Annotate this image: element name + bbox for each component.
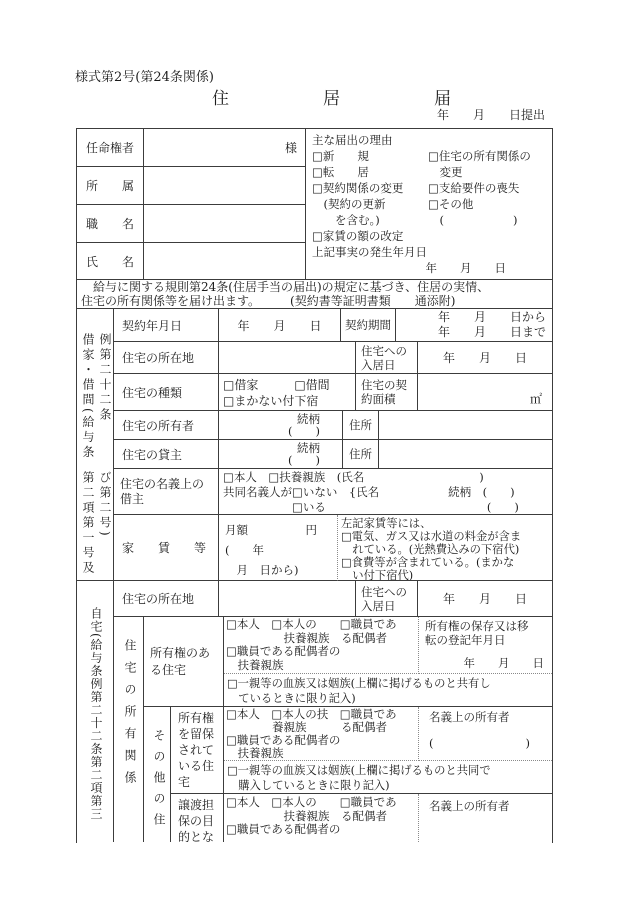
reason-option-new[interactable]: □新 規 — [312, 148, 369, 165]
rent-notes: 左記家賃等には、 □電気、ガス又は水道の料金が含ま れている。(光熱費込みの下宿… — [338, 515, 552, 581]
fact-date-label: 上記事実の発生年月日 — [312, 244, 427, 261]
declaration-line1: 給与に関する規則第24条(住居手当の届出)の規定に基づき、住居の実情、 — [81, 280, 489, 294]
nominal-option-line2[interactable]: 共同名義人が□いない {氏名 続柄 ( ) — [223, 485, 515, 500]
reason-contract-note-2: を含む。) — [312, 212, 380, 229]
rental-location-label: 住宅の所在地 — [114, 342, 219, 374]
rental-move-in-label: 住宅への入居日 — [356, 342, 418, 374]
retained-sub-line1[interactable]: □一親等の血族又は姻族(上欄に掲げるものと共同で — [227, 763, 491, 778]
affiliation-field[interactable] — [144, 167, 306, 205]
rental-section-label: 借家・借間(給与条例第二十二条 第二項第一号及び第二号) — [77, 309, 114, 581]
contract-date-field[interactable]: 年 月 日 — [219, 309, 341, 342]
lessor-address-label: 住所 — [343, 440, 379, 469]
lessor-field[interactable]: 続柄 ( ) — [219, 440, 343, 469]
owned-sub-line2: ているときに限り記入) — [227, 691, 356, 706]
registration-label-line2: 転の登記年月日 — [425, 633, 506, 647]
housing-type-options[interactable]: □借家 □借間 □まかない付下宿 — [219, 374, 356, 411]
retained-nominal-owner-label: 名義上の所有者 — [429, 710, 510, 724]
retained-house-label: 所有権を留保されている住宅 — [171, 707, 224, 794]
retained-nominal-owner-cell: 名義上の所有者 ( ) — [419, 707, 552, 761]
ownership-relation-text: 住宅の所有関係 — [122, 639, 139, 793]
owned-house-options[interactable]: □本人 □本人の □職員であ 扶養親族 る配偶者 □職員である配偶者の 扶養親族 — [224, 617, 419, 674]
own-move-in-label: 住宅への入居日 — [356, 581, 418, 617]
sama-suffix: 様 — [285, 139, 297, 156]
declaration-row: 給与に関する規則第24条(住居手当の届出)の規定に基づき、住居の実情、 住宅の所… — [76, 279, 553, 309]
period-to: 年 月 日まで — [438, 325, 546, 340]
ownership-relation-label: 住宅の所有関係 — [114, 617, 144, 842]
other-housing-label: その他の住 — [144, 707, 171, 842]
rent-from-day: 月 日から) — [225, 560, 299, 580]
owned-relatives-note[interactable]: □一親等の血族又は姻族(上欄に掲げるものと共有し ているときに限り記入) — [224, 674, 552, 707]
owner-address-label: 住所 — [343, 411, 379, 440]
owned-cb-line3[interactable]: □職員である配偶者の — [226, 645, 340, 659]
reason-option-rent-revision[interactable]: □家賃の額の改定 — [312, 228, 403, 245]
nominal-lessee-options[interactable]: □本人 □扶養親族 (氏名 ) 共同名義人が□いない {氏名 続柄 ( ) □い… — [219, 469, 552, 515]
reason-option-loss[interactable]: □支給要件の喪失 — [428, 180, 519, 197]
rental-section-line2: 第二項第一号及び第二号) — [79, 471, 113, 580]
collateral-nominal-owner-cell: 名義上の所有者 — [419, 794, 552, 842]
reason-contract-note-1: (契約の更新 — [312, 196, 386, 213]
nominal-option-line3[interactable]: □いる ( ) — [223, 500, 519, 515]
own-move-in-field[interactable]: 年 月 日 — [418, 581, 552, 617]
submit-date: 年 月 日提出 — [437, 106, 545, 123]
contract-period-field[interactable]: 年 月 日から 年 月 日まで — [396, 309, 552, 342]
other-housing-text: その他の住 — [151, 729, 168, 834]
own-location-field[interactable] — [219, 581, 356, 617]
rent-label: 家 賃 等 — [114, 515, 219, 581]
rental-location-field[interactable] — [219, 342, 356, 374]
collateral-cb-line3[interactable]: □職員である配偶者の — [226, 823, 340, 837]
declaration-line2: 住宅の所有関係等を届け出ます。 (契約書等証明書類 通添附) — [81, 294, 455, 308]
name-label: 氏 名 — [77, 243, 144, 279]
contract-period-label: 契約期間 — [341, 309, 396, 342]
owned-house-label: 所有権のある住宅 — [144, 617, 224, 707]
reason-block: 主な届出の理由 □新 規 □転 居 □契約関係の変更 (契約の更新 を含む。) … — [306, 129, 552, 279]
rent-note-3[interactable]: □食費等が含まれている。(まかな — [341, 556, 514, 569]
declaration-text: 給与に関する規則第24条(住居手当の届出)の規定に基づき、住居の実情、 住宅の所… — [77, 280, 552, 308]
lessor-label: 住宅の貸主 — [114, 440, 219, 469]
rent-note-2: れている。(光熱費込みの下宿代) — [341, 543, 519, 556]
owned-sub-line1[interactable]: □一親等の血族又は姻族(上欄に掲げるものと共有し — [227, 676, 491, 691]
position-label: 職 名 — [77, 205, 144, 243]
reason-option-other[interactable]: □その他 — [428, 196, 473, 213]
lessor-relation-paren: ( ) — [288, 454, 320, 467]
fact-date-value: 年 月 日 — [306, 260, 506, 277]
retained-cb-line4: 扶養親族 — [226, 747, 284, 760]
area-unit: ㎡ — [530, 390, 542, 407]
appointer-label: 任命権者 — [77, 129, 144, 167]
retained-relatives-note[interactable]: □一親等の血族又は姻族(上欄に掲げるものと共同で 購入しているときに限り記入) — [224, 761, 552, 794]
reason-other-paren: ( ) — [428, 212, 517, 229]
applicant-table: 任命権者 様 所 属 職 名 氏 名 主な届出の理由 □新 規 □転 居 □契約… — [76, 128, 553, 280]
rent-note-0: 左記家賃等には、 — [341, 517, 431, 530]
retained-house-options[interactable]: □本人 □本人の扶 □職員であ 養親族 る配偶者 □職員である配偶者の 扶養親族 — [224, 707, 419, 761]
house-owner-field[interactable]: 続柄 ( ) — [219, 411, 343, 440]
affiliation-label: 所 属 — [77, 167, 144, 205]
collateral-nominal-owner-label: 名義上の所有者 — [429, 798, 510, 814]
reason-option-move[interactable]: □転 居 — [312, 164, 369, 181]
housing-table: 借家・借間(給与条例第二十二条 第二項第一号及び第二号) 自宅(給与条例第二十二… — [76, 308, 553, 843]
housing-type-label: 住宅の種類 — [114, 374, 219, 411]
type-option-line2[interactable]: □まかない付下宿 — [223, 393, 318, 409]
own-location-label: 住宅の所在地 — [114, 581, 219, 617]
nominal-label-line2: 借主 — [120, 492, 144, 507]
reason-option-contract-change[interactable]: □契約関係の変更 — [312, 180, 403, 197]
rent-from-year: ( 年 — [225, 540, 264, 560]
appointer-field[interactable]: 様 — [144, 129, 306, 167]
registration-label-line1: 所有権の保存又は移 — [425, 619, 529, 633]
contract-area-label: 住宅の契約面積 — [356, 374, 418, 411]
collateral-cb-line1[interactable]: □本人 □本人の □職員であ — [226, 796, 397, 810]
nominal-lessee-label: 住宅の名義上の 借主 — [114, 469, 219, 515]
contract-area-field[interactable]: ㎡ — [418, 374, 552, 411]
retained-sub-line2: 購入しているときに限り記入) — [227, 778, 390, 793]
name-field[interactable] — [144, 243, 306, 279]
nominal-label-line1: 住宅の名義上の — [120, 477, 204, 492]
rental-section-line1: 借家・借間(給与条例第二十二条 — [79, 333, 113, 471]
owned-registration-cell: 所有権の保存又は移 転の登記年月日 年 月 日 — [419, 617, 552, 674]
lessor-address-field[interactable] — [379, 440, 552, 469]
rent-note-1[interactable]: □電気、ガス又は水道の料金が含ま — [341, 530, 521, 543]
retained-nominal-owner-paren[interactable]: ( ) — [429, 736, 530, 750]
collateral-house-label: 譲渡担保の目的とな — [171, 794, 224, 842]
reason-heading: 主な届出の理由 — [312, 132, 393, 149]
contract-date-label: 契約年月日 — [114, 309, 219, 342]
own-section-line: 自宅(給与条例第二十二条第二項第三 — [88, 607, 105, 821]
owned-cb-line1[interactable]: □本人 □本人の □職員であ — [226, 618, 397, 632]
owned-cb-line2: 扶養親族 る配偶者 — [226, 632, 387, 646]
type-option-line1[interactable]: □借家 □借間 — [223, 377, 330, 393]
collateral-house-options[interactable]: □本人 □本人の □職員であ 扶養親族 る配偶者 □職員である配偶者の — [224, 794, 419, 842]
reason-option-ownership-change[interactable]: □住宅の所有関係の — [428, 148, 531, 165]
form-page: 様式第2号(第24条関係) 住居届 年 月 日提出 任命権者 様 所 属 職 名… — [0, 0, 630, 903]
position-field[interactable] — [144, 205, 306, 243]
house-owner-label: 住宅の所有者 — [114, 411, 219, 440]
registration-date[interactable]: 年 月 日 — [425, 656, 552, 670]
owner-relation-paren: ( ) — [288, 425, 320, 438]
form-number: 様式第2号(第24条関係) — [75, 66, 214, 85]
rent-amount-field[interactable]: 月額 円 ( 年 月 日から) — [219, 515, 338, 581]
owned-cb-line4: 扶養親族 — [226, 659, 284, 673]
own-section-label: 自宅(給与条例第二十二条第二項第三 — [77, 581, 114, 842]
owner-address-field[interactable] — [379, 411, 552, 440]
nominal-option-line1[interactable]: □本人 □扶養親族 (氏名 ) — [223, 470, 484, 485]
rent-monthly-line: 月額 円 — [225, 520, 317, 540]
period-from: 年 月 日から — [438, 310, 546, 325]
collateral-cb-line2: 扶養親族 る配偶者 — [226, 810, 387, 824]
rental-move-in-field[interactable]: 年 月 日 — [418, 342, 552, 374]
reason-ownership-change-cont: 変更 — [428, 164, 463, 181]
rent-note-4: い付下宿代) — [341, 569, 413, 581]
